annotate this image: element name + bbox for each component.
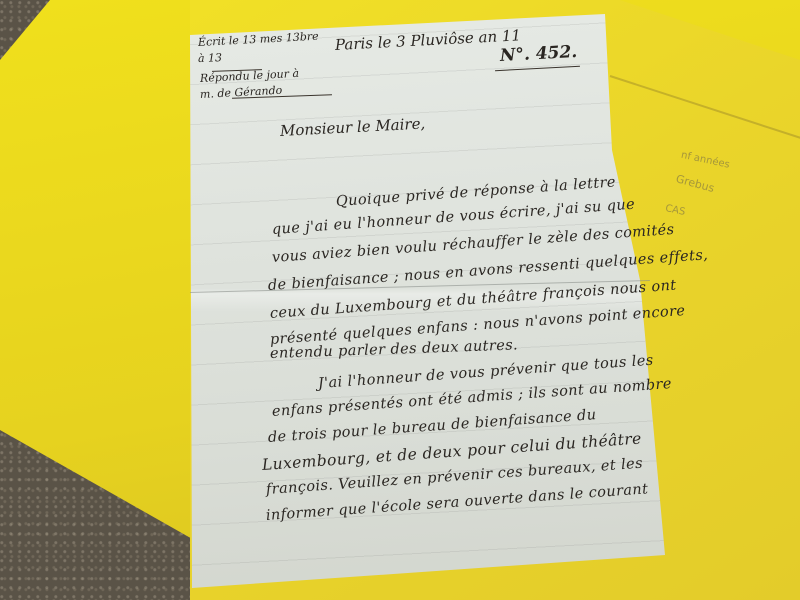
folder-pencil-notes: nf années Grebus CAS xyxy=(670,160,790,242)
margin-note: à 13 xyxy=(198,51,223,65)
document-number: N°. 452. xyxy=(499,42,577,66)
